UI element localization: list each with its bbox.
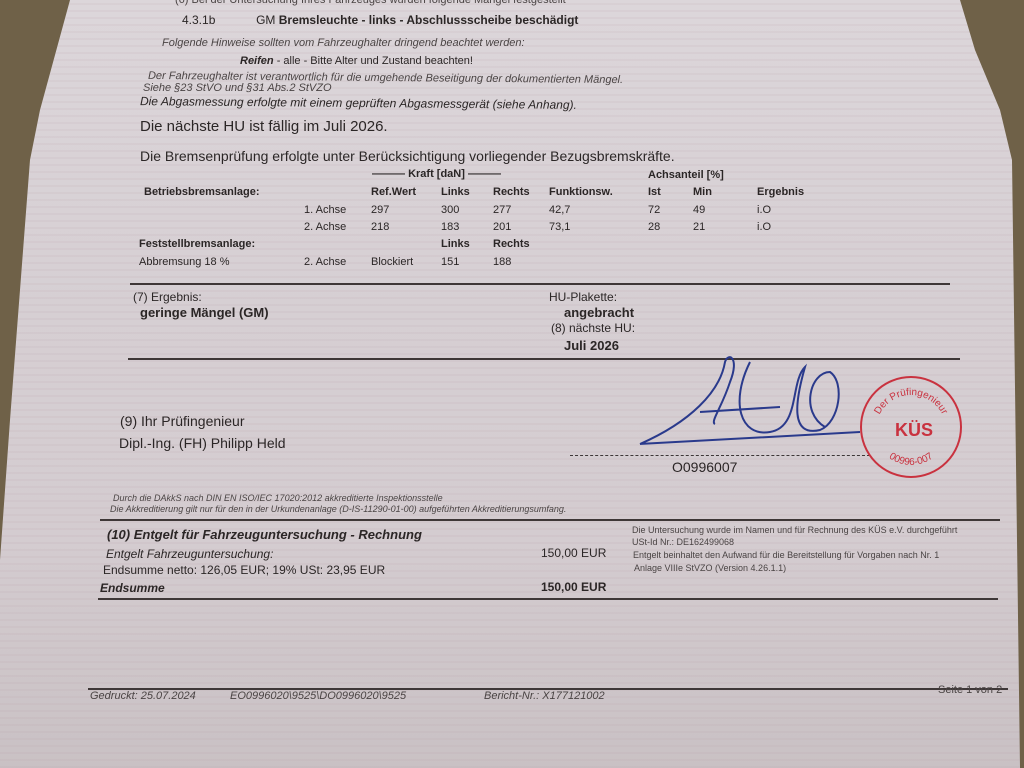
net-breakdown: Endsumme netto: 126,05 EUR; 19% USt: 23,…: [103, 563, 385, 577]
signature-line: [570, 455, 870, 456]
col-min: Min: [693, 186, 712, 198]
table-cell-result: i.O: [757, 221, 771, 233]
badge-value: angebracht: [564, 305, 634, 320]
total-label: Endsumme: [100, 581, 165, 595]
accreditation-line-2: Die Akkreditierung gilt nur für den in d…: [110, 504, 566, 514]
hint-line: Reifen - alle - Bitte Alter und Zustand …: [240, 55, 473, 67]
service-brake-label: Betriebsbremsanlage:: [144, 186, 260, 198]
table-cell-ist: 28: [648, 221, 660, 233]
defect-text: Bremsleuchte - links - Abschlussscheibe …: [279, 13, 579, 27]
invoice-side-note-4: Anlage VIIIe StVZO (Version 4.26.1.1): [634, 563, 786, 573]
divider: [100, 519, 1000, 521]
report-number: Bericht-Nr.: X177121002: [484, 690, 605, 702]
result-value: geringe Mängel (GM): [140, 305, 269, 320]
stamp-bottom-text: 00996-007: [887, 451, 935, 468]
invoice-title: (10) Entgelt für Fahrzeuguntersuchung - …: [107, 527, 422, 542]
table-cell-right: 277: [493, 204, 511, 216]
parking-braking-value: Abbremsung 18 %: [139, 256, 230, 268]
accreditation-line-1: Durch die DAkkS nach DIN EN ISO/IEC 1702…: [113, 493, 443, 503]
document-codes: EO0996020\9525\DO0996020\9525: [230, 690, 406, 702]
hints-intro: Folgende Hinweise sollten vom Fahrzeugha…: [162, 37, 525, 49]
emission-note: Die Abgasmessung erfolgte mit einem gepr…: [140, 94, 577, 112]
signature: [630, 352, 860, 452]
kus-stamp: Der Prüfingenieur 00996-007 KÜS: [860, 376, 962, 478]
divider: [98, 598, 998, 600]
table-cell-right: 201: [493, 221, 511, 233]
col-result: Ergebnis: [757, 186, 804, 198]
page-indicator: Seite 1 von 2: [938, 684, 1002, 696]
parking-col-right: Rechts: [493, 238, 530, 250]
cut-off-heading: (6) Bei der Untersuchung Ihres Fahrzeuge…: [175, 0, 566, 6]
stamp-center-text: KÜS: [895, 420, 933, 440]
fee-value: 150,00 EUR: [541, 546, 606, 560]
next-hu-note: Die nächste HU ist fällig im Juli 2026.: [140, 118, 388, 135]
invoice-side-note-3: Entgelt beinhaltet den Aufwand für die B…: [633, 550, 939, 560]
result-label: (7) Ergebnis:: [133, 290, 202, 304]
next-hu-label: (8) nächste HU:: [551, 321, 635, 335]
table-cell-left: 300: [441, 204, 459, 216]
parking-left: 151: [441, 256, 459, 268]
defect-severity: GM: [256, 13, 275, 27]
axle-share-group-header: Achsanteil [%]: [648, 169, 724, 181]
printed-date: Gedruckt: 25.07.2024: [90, 690, 196, 702]
inspector-name: Dipl.-Ing. (FH) Philipp Held: [119, 435, 286, 451]
col-ist: Ist: [648, 186, 661, 198]
parking-col-left: Links: [441, 238, 470, 250]
defect-code: 4.3.1b: [182, 13, 215, 27]
divider: [130, 283, 950, 285]
hint-text: - alle - Bitte Alter und Zustand beachte…: [277, 55, 473, 67]
inspector-id: O0996007: [672, 459, 737, 475]
svg-text:Der Prüfingenieur: Der Prüfingenieur: [872, 387, 949, 417]
col-left: Links: [441, 186, 470, 198]
badge-label: HU-Plakette:: [549, 290, 617, 304]
svg-text:00996-007: 00996-007: [887, 451, 935, 468]
table-cell-left: 183: [441, 221, 459, 233]
table-cell-ist: 72: [648, 204, 660, 216]
table-row-axle: 1. Achse: [304, 204, 346, 216]
table-cell-min: 49: [693, 204, 705, 216]
red-tab-marker: [28, 102, 38, 114]
total-value: 150,00 EUR: [541, 580, 606, 594]
invoice-side-note-1: Die Untersuchung wurde im Namen und für …: [632, 525, 957, 535]
parking-right: 188: [493, 256, 511, 268]
next-hu-value: Juli 2026: [564, 338, 619, 353]
invoice-vat-id: USt-Id Nr.: DE162499068: [632, 537, 734, 547]
table-cell-function: 73,1: [549, 221, 570, 233]
fee-label: Entgelt Fahrzeuguntersuchung:: [106, 547, 273, 561]
table-cell-result: i.O: [757, 204, 771, 216]
table-cell-function: 42,7: [549, 204, 570, 216]
report-paper: (6) Bei der Untersuchung Ihres Fahrzeuge…: [0, 0, 1024, 768]
col-ref: Ref.Wert: [371, 186, 416, 198]
owner-legal-reference: Siehe §23 StVO und §31 Abs.2 StVZO: [143, 82, 332, 94]
parking-axle: 2. Achse: [304, 256, 346, 268]
table-row-axle: 2. Achse: [304, 221, 346, 233]
table-cell-min: 21: [693, 221, 705, 233]
inspector-label: (9) Ihr Prüfingenieur: [120, 413, 245, 429]
col-function: Funktionsw.: [549, 186, 613, 198]
force-group-header: ——— Kraft [daN] ———: [372, 168, 501, 180]
col-right: Rechts: [493, 186, 530, 198]
parking-brake-label: Feststellbremsanlage:: [139, 238, 255, 250]
table-cell-ref: 297: [371, 204, 389, 216]
parking-ref: Blockiert: [371, 256, 413, 268]
stamp-top-text: Der Prüfingenieur: [872, 387, 949, 417]
defect-line: 4.3.1b GM Bremsleuchte - links - Abschlu…: [182, 13, 578, 27]
table-cell-ref: 218: [371, 221, 389, 233]
hint-label: Reifen: [240, 55, 274, 67]
brake-note: Die Bremsenprüfung erfolgte unter Berück…: [140, 148, 675, 164]
